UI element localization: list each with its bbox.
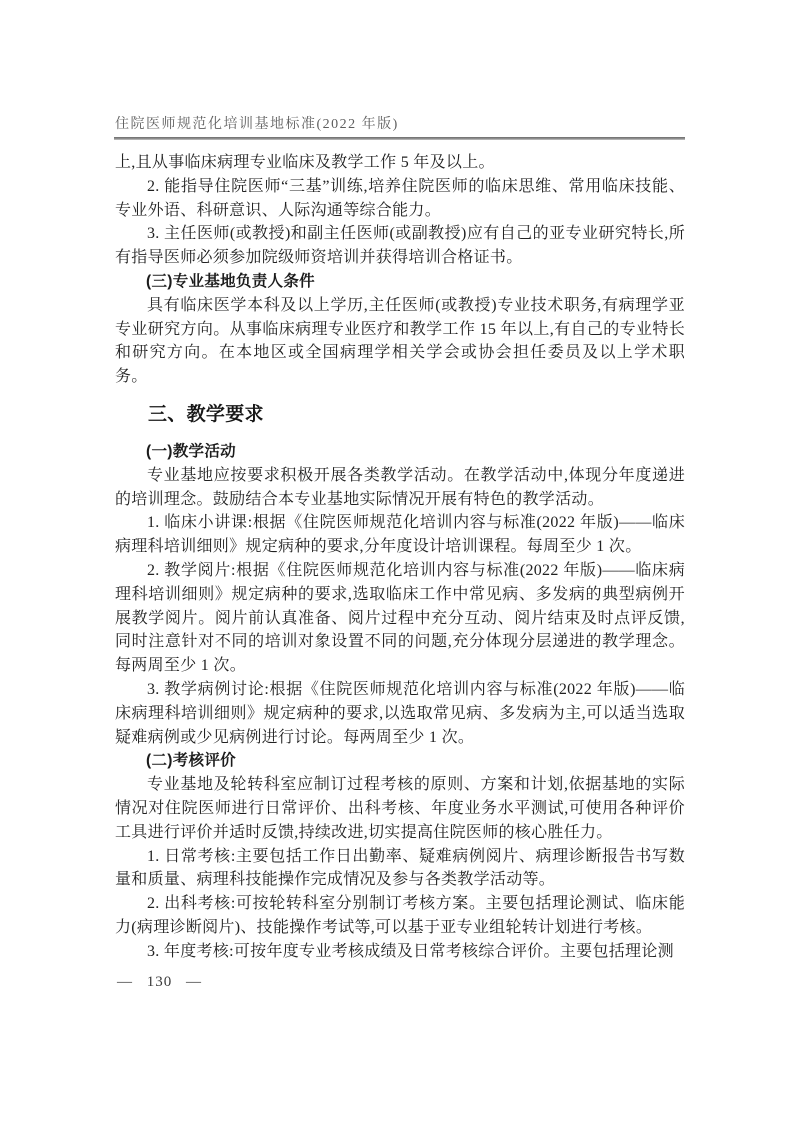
numbered-paragraph-slide-reading: 2. 教学阅片:根据《住院医师规范化培训内容与标准(2022 年版)——临床病理… bbox=[115, 559, 685, 678]
paragraph-continued: 上,且从事临床病理专业临床及教学工作 5 年及以上。 bbox=[115, 151, 685, 175]
paragraph-teaching-intro: 专业基地应按要求积极开展各类教学活动。在教学活动中,体现分年度递进的培训理念。鼓… bbox=[115, 464, 685, 512]
numbered-paragraph-2: 2. 能指导住院医师“三基”训练,培养住院医师的临床思维、常用临床技能、专业外语… bbox=[115, 175, 685, 223]
sub-heading-3: (三)专业基地负责人条件 bbox=[115, 270, 685, 294]
chapter-heading-teaching: 三、教学要求 bbox=[115, 402, 685, 428]
numbered-paragraph-annual-assessment: 3. 年度考核:可按年度专业考核成绩及日常考核综合评价。主要包括理论测 bbox=[115, 940, 685, 964]
header-rule bbox=[114, 137, 685, 140]
numbered-paragraph-3: 3. 主任医师(或教授)和副主任医师(或副教授)应有自己的亚专业研究特长,所有指… bbox=[115, 222, 685, 270]
page-body: 上,且从事临床病理专业临床及教学工作 5 年及以上。 2. 能指导住院医师“三基… bbox=[115, 151, 685, 964]
paragraph-leader-criteria: 具有临床医学本科及以上学历,主任医师(或教授)专业技术职务,有病理学亚专业研究方… bbox=[115, 294, 685, 389]
sub-heading-1: (一)教学活动 bbox=[115, 440, 685, 464]
numbered-paragraph-daily-assessment: 1. 日常考核:主要包括工作日出勤率、疑难病例阅片、病理诊断报告书写数量和质量、… bbox=[115, 845, 685, 893]
numbered-paragraph-rotation-assessment: 2. 出科考核:可按轮转科室分别制订考核方案。主要包括理论测试、临床能力(病理诊… bbox=[115, 892, 685, 940]
paragraph-assessment-intro: 专业基地及轮转科室应制订过程考核的原则、方案和计划,依据基地的实际情况对住院医师… bbox=[115, 773, 685, 844]
sub-heading-2: (二)考核评价 bbox=[115, 749, 685, 773]
numbered-paragraph-lecture: 1. 临床小讲课:根据《住院医师规范化培训内容与标准(2022 年版)——临床病… bbox=[115, 511, 685, 559]
numbered-paragraph-case-discussion: 3. 教学病例讨论:根据《住院医师规范化培训内容与标准(2022 年版)——临床… bbox=[115, 678, 685, 749]
document-page: 住院医师规范化培训基地标准(2022 年版) 上,且从事临床病理专业临床及教学工… bbox=[0, 0, 800, 1131]
running-header-title: 住院医师规范化培训基地标准(2022 年版) bbox=[115, 113, 685, 133]
page-number: — 130 — bbox=[117, 974, 202, 991]
